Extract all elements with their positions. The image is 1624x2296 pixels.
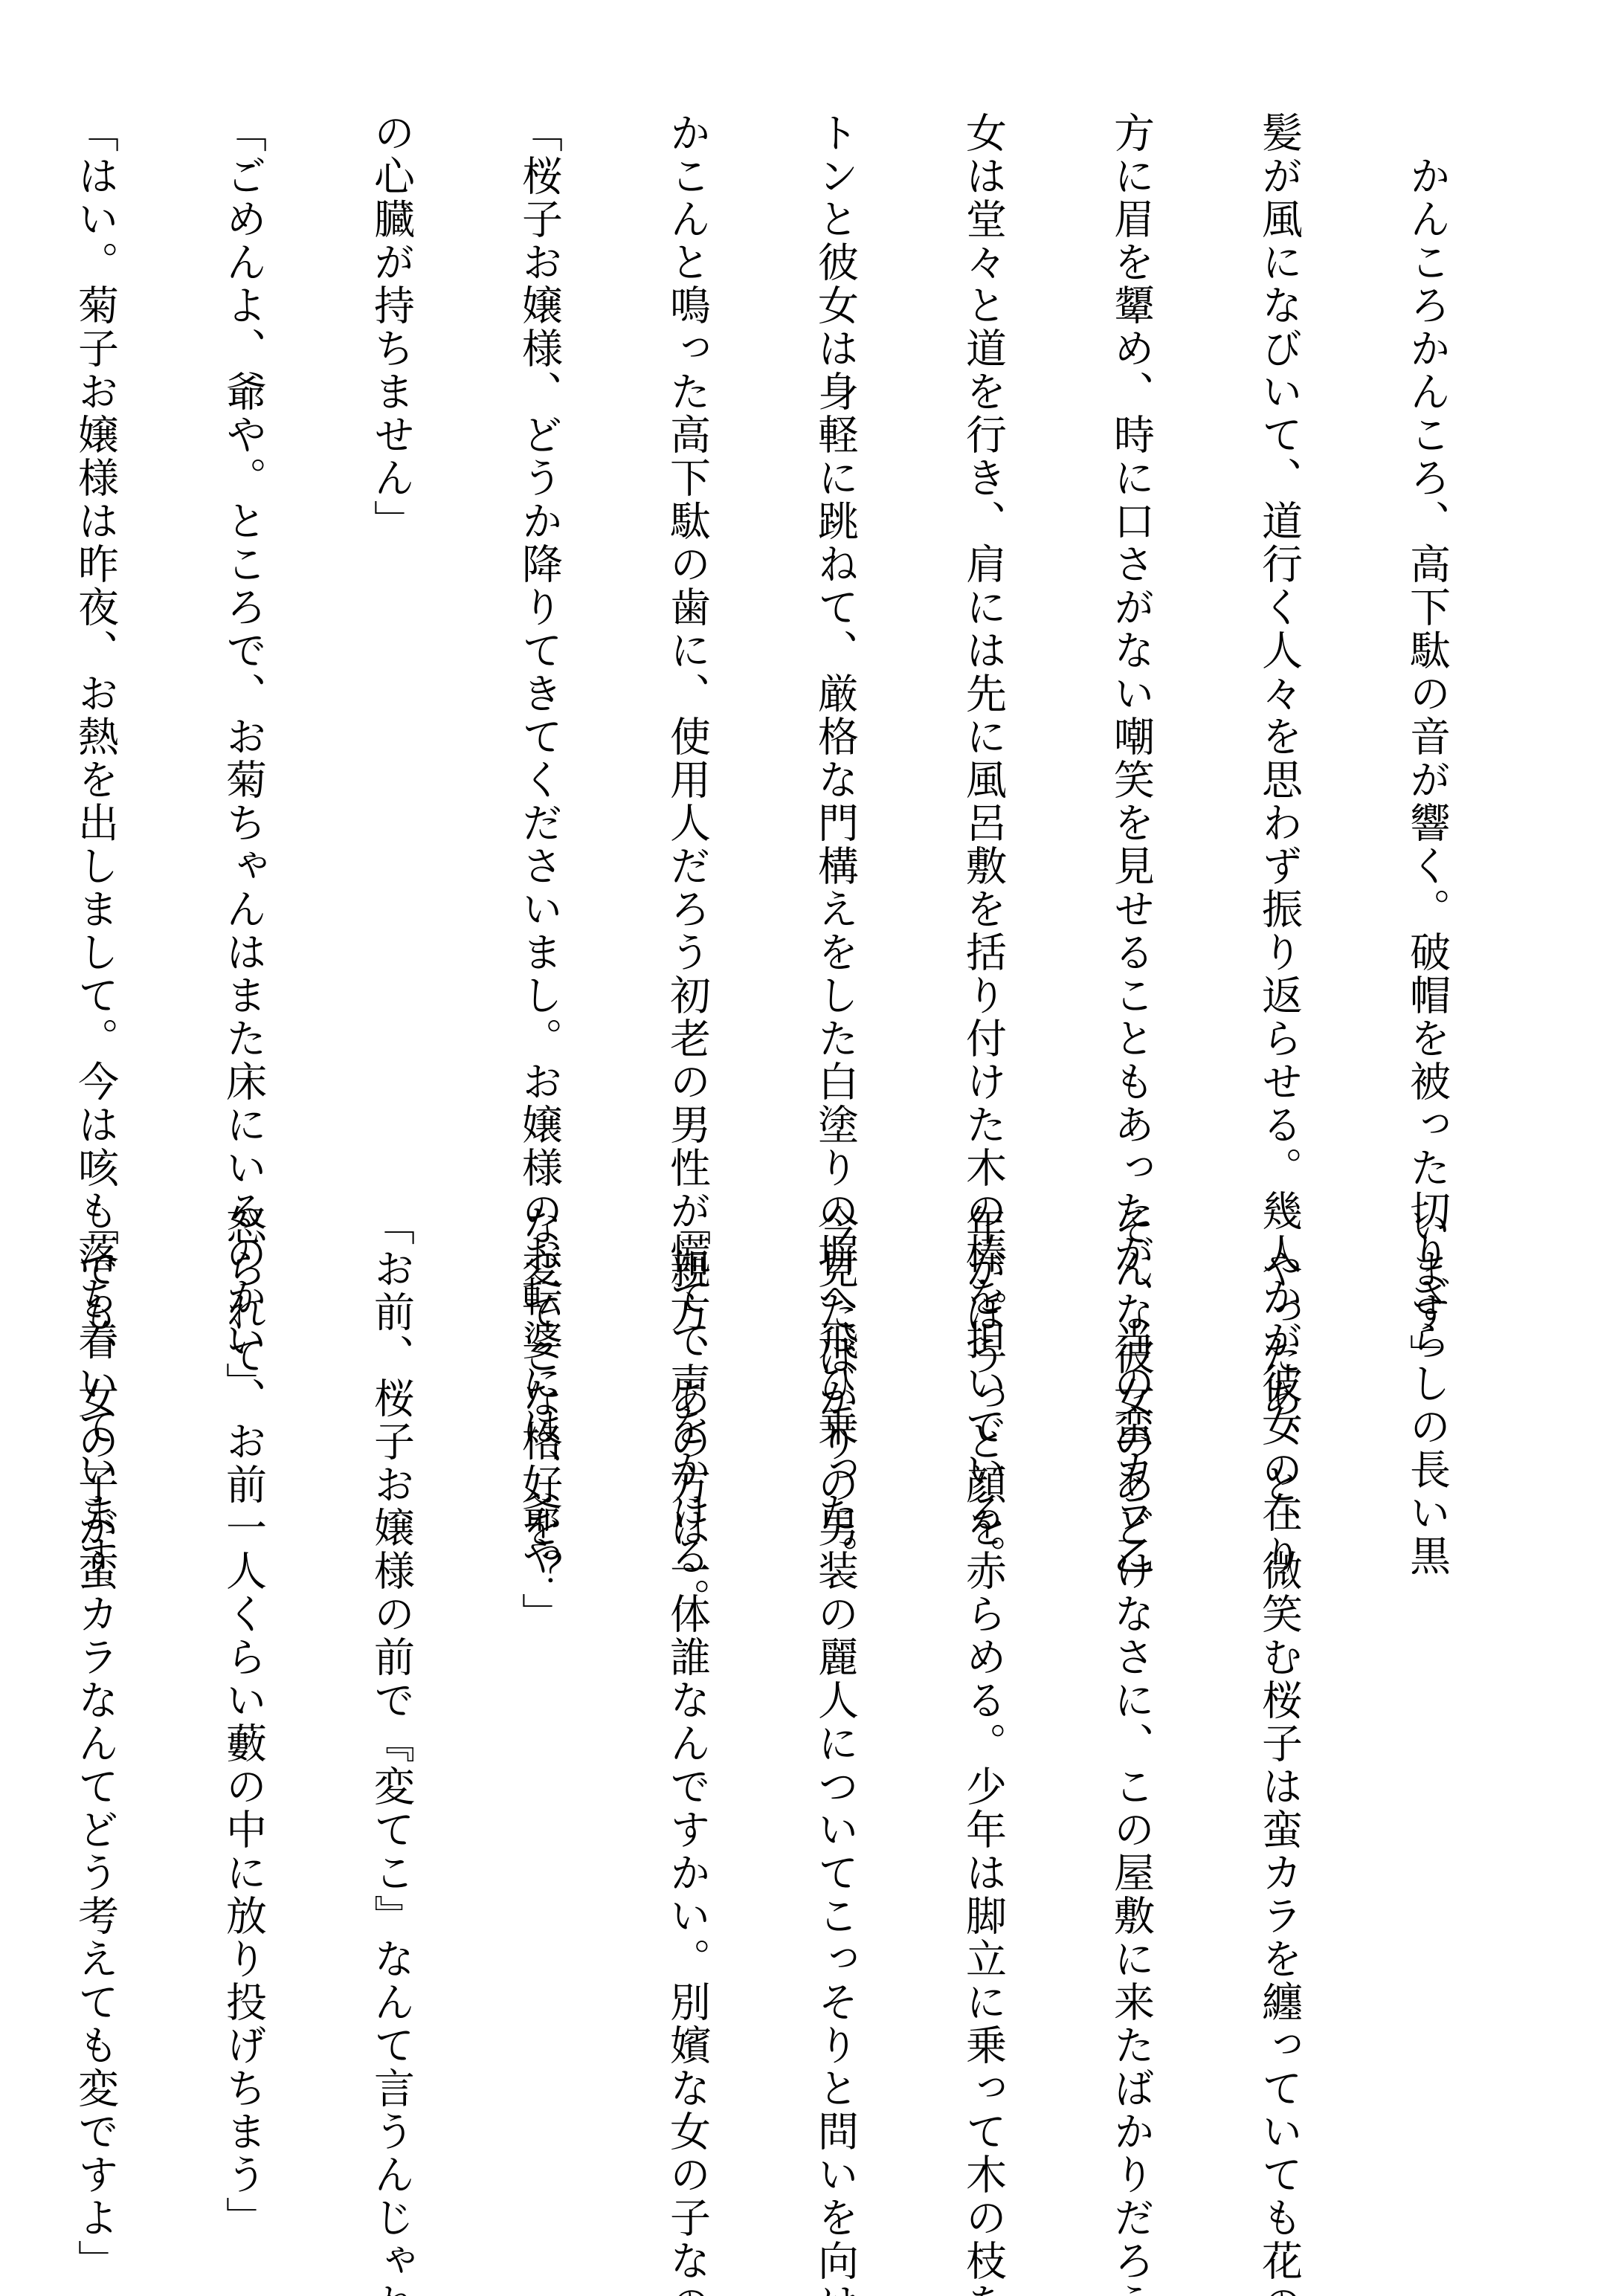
text-line: 年がぽうっと顔を赤らめる。少年は脚立に乗って木の枝を切り揃える親方に、 bbox=[958, 1205, 1008, 2231]
text-block-bottom: います」 やったあ、と、微笑む桜子は蛮カラを纏っていても花のように愛らしい。 そ… bbox=[0, 1205, 1550, 2231]
text-line: トンと彼女は身軽に跳ねて、厳格な門構えをした白塗りの塀へ飛び乗った。 bbox=[810, 112, 860, 1138]
novel-page: かんころかんころ、高下駄の音が響く。破帽を被った切りざらしの長い黒 髪が風になび… bbox=[0, 0, 1624, 2296]
dialogue-line: 「ごめんよ、爺や。ところで、お菊ちゃんはまた床にいるのかい」 bbox=[218, 112, 268, 1138]
text-line: そんな彼女のあどけなさに、この屋敷に来たばかりだろう庭作りの手伝い少 bbox=[1106, 1205, 1156, 2231]
text-line: 今見たばかりの男装の麗人についてこっそりと問いを向けた。 bbox=[810, 1205, 860, 2231]
dialogue-line: の心臓が持ちません」 bbox=[366, 112, 416, 1138]
dialogue-line: 「はい。菊子お嬢様は昨夜、お熱を出しまして。今は咳も落ち着いています bbox=[70, 112, 120, 1138]
text-line: かんころかんころ、高下駄の音が響く。破帽を被った切りざらしの長い黒 bbox=[1402, 112, 1451, 1138]
text-block-top: かんころかんころ、高下駄の音が響く。破帽を被った切りざらしの長い黒 髪が風になび… bbox=[0, 112, 1550, 1138]
text-line: 女は堂々と道を行き、肩には先に風呂敷を括り付けた木の棒を担いでいる。 bbox=[958, 112, 1008, 1138]
dialogue-line: 怒られて、お前一人くらい藪の中に放り投げちまう」 bbox=[218, 1205, 268, 2231]
dialogue-line: 「でも、女の子が蛮カラなんてどう考えても変ですよ」 bbox=[70, 1205, 120, 2231]
text-line: かこんと鳴った高下駄の歯に、使用人だろう初老の男性が慌てて声をかける。 bbox=[662, 112, 712, 1138]
text-line: やったあ、と、微笑む桜子は蛮カラを纏っていても花のように愛らしい。 bbox=[1254, 1205, 1304, 2231]
text-line: 方に眉を顰め、時に口さがない嘲笑を見せることもあったが、当の蛮カラ乙 bbox=[1106, 112, 1156, 1138]
dialogue-line: 「お前、桜子お嬢様の前で『変てこ』なんて言うんじゃねぇぞ。烈火のごとく bbox=[366, 1205, 416, 2231]
dialogue-line: 「親方、あの方は一体誰なんですかい。別嬪な女の子なのに、どうしてあん bbox=[662, 1205, 712, 2231]
dialogue-line: います」 bbox=[1402, 1205, 1451, 2231]
text-line: 髪が風になびいて、道行く人々を思わず振り返らせる。幾人かが彼女の在り bbox=[1254, 112, 1304, 1138]
dialogue-line: 「桜子お嬢様、どうか降りてきてくださいまし。お嬢様のお転婆には、爺や bbox=[514, 112, 564, 1138]
dialogue-line: な変てこな格好を？」 bbox=[514, 1205, 564, 2231]
